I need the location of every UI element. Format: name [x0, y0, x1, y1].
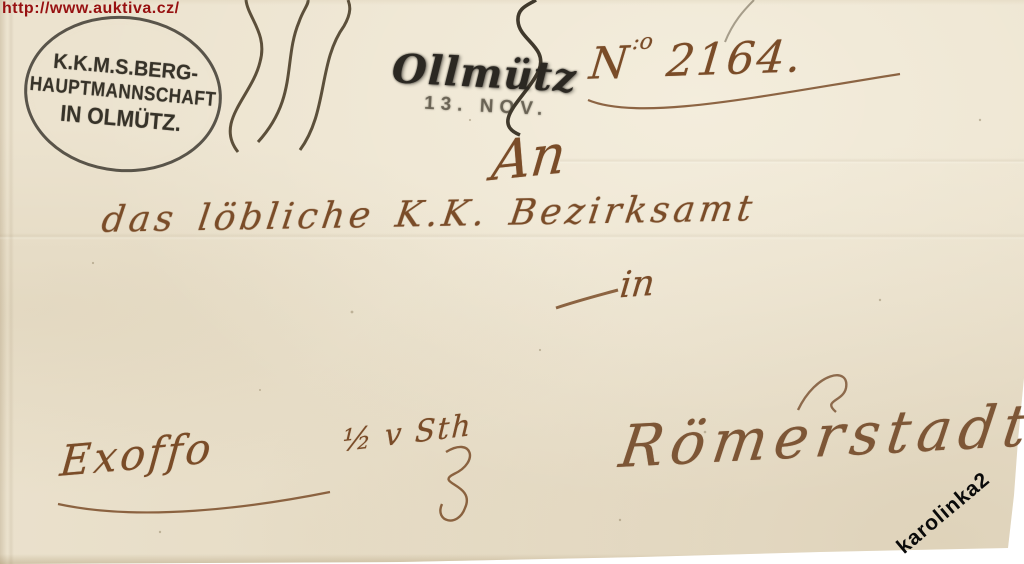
number-letter: N — [587, 37, 633, 90]
manuscript-preposition: in — [618, 263, 657, 307]
letter-scan: http://www.auktiva.cz/ K.K.M.S.BERG- HAU… — [0, 0, 1024, 564]
postmark-town: Ollmütz — [391, 45, 578, 102]
manuscript-number: N:o 2164. — [587, 24, 806, 90]
number-value: 2164. — [648, 31, 805, 88]
auction-url-watermark: http://www.auktiva.cz/ — [2, 0, 180, 18]
manuscript-salutation: An — [489, 122, 569, 194]
